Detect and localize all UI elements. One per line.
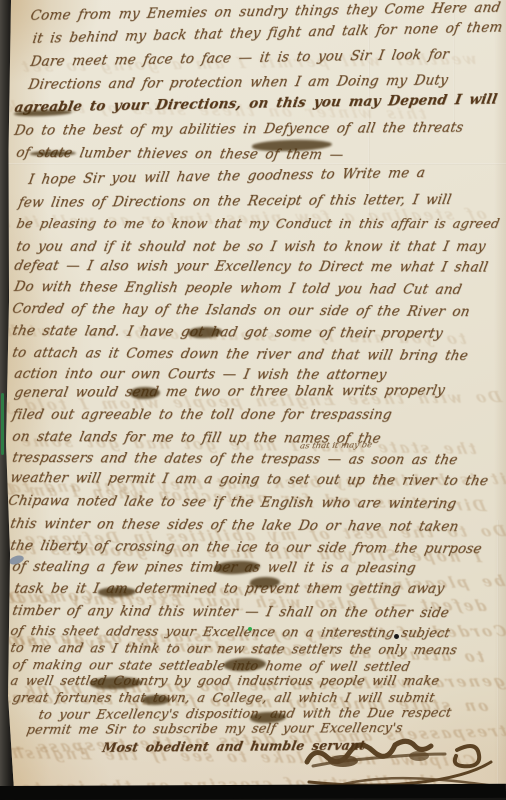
manuscript-line: few lines of Directions on the Receipt o… <box>17 192 453 211</box>
manuscript-line: I hope Sir you will have the goodness to… <box>27 165 426 188</box>
manuscript-line: action into our own Courts — I wish the … <box>13 366 388 383</box>
manuscript-line: of this sheet address your Excellence on… <box>9 624 451 641</box>
manuscript-line: it is behind my back that they fight and… <box>31 20 503 48</box>
black-fleck <box>394 634 399 639</box>
manuscript-line: defeat — I also wish your Excellency to … <box>13 258 490 276</box>
manuscript-line: a well settled Country by good industrio… <box>9 674 440 689</box>
manuscript-line: Do with these English people whom I told… <box>13 279 463 298</box>
manuscript-scan: weather will permit I am a going to set … <box>0 0 506 800</box>
green-fleck <box>248 627 252 631</box>
manuscript-line: Chipawa noted lake to see if the English… <box>7 493 458 512</box>
manuscript-line: task be it I am determined to prevent th… <box>13 581 446 597</box>
scanner-bed-bottom <box>0 784 506 800</box>
manuscript-line: the liberty of crossing on the ice to ou… <box>9 538 483 557</box>
manuscript-line: to attach as it Comes down the river and… <box>11 345 470 364</box>
manuscript-line: of making our state settleable into home… <box>11 658 411 675</box>
manuscript-line: weather will permit I am a going to set … <box>9 470 490 489</box>
horizontal-crease <box>4 163 506 165</box>
manuscript-line: Corded of the hay of the Islands on our … <box>11 301 471 320</box>
manuscript-line: general would send me two or three blank… <box>13 383 446 401</box>
manuscript-line: be pleasing to me to know that my Conduc… <box>15 217 501 232</box>
edge-green-sliver <box>1 393 4 455</box>
manuscript-line: filed out agreeable to the toll done for… <box>11 407 393 423</box>
manuscript-line: great fortunes that town, a College, all… <box>11 691 436 706</box>
manuscript-line: trespassers and the dates of the trespas… <box>11 450 459 468</box>
manuscript-line: to me and as I think to our new state se… <box>9 641 458 658</box>
manuscript-line: Directions and for protection when I am … <box>27 73 449 93</box>
manuscript-line: timber of any kind this winter — I shall… <box>11 603 451 621</box>
manuscript-line: to you and if it should not be so I wish… <box>15 239 487 255</box>
manuscript-line: the state land. I have got had got some … <box>11 323 444 342</box>
interlinear-note: as that it may be <box>299 440 373 451</box>
manuscript-line: Do to the best of my abilities in Defyen… <box>13 120 465 139</box>
manuscript-line: this winter on these sides of the lake D… <box>9 516 460 535</box>
letter-page: weather will permit I am a going to set … <box>4 0 506 791</box>
